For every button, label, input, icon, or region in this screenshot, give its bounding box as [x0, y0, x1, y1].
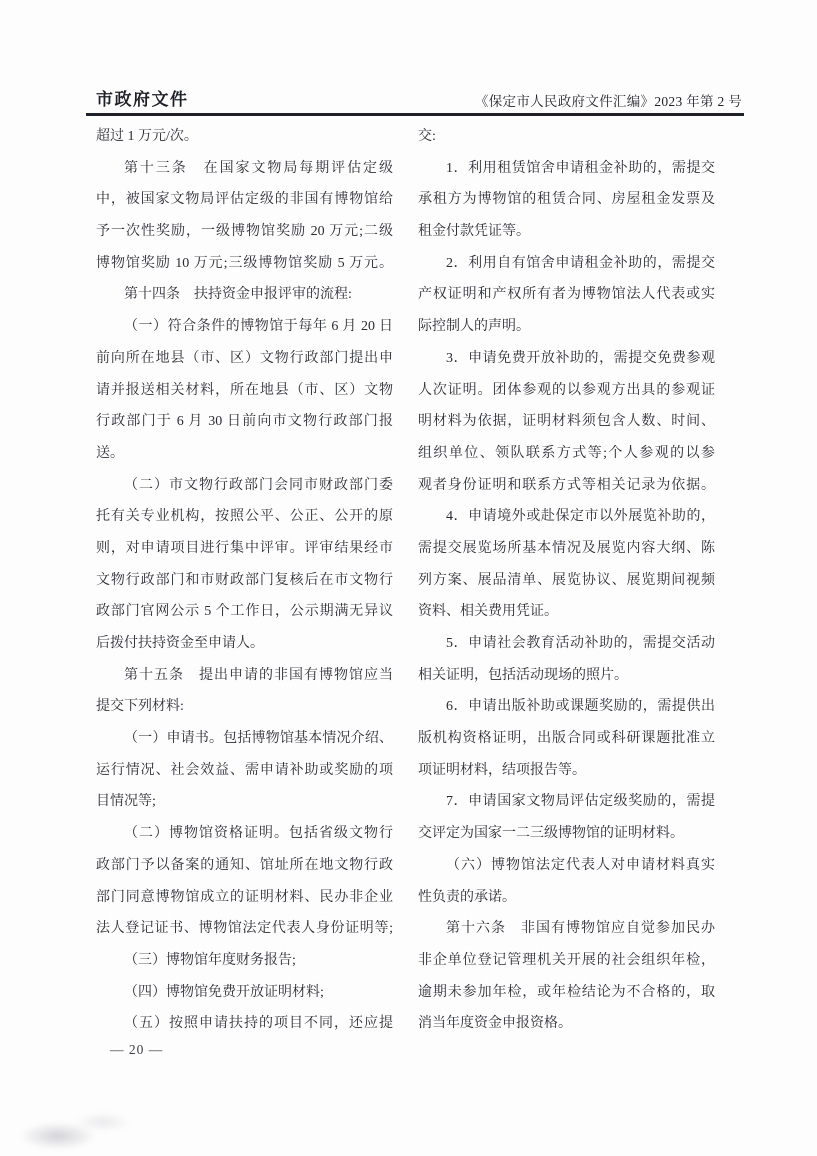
- text-line: 托有关专业机构，按照公平、公正、公开的原: [96, 501, 393, 533]
- page-number: — 20 —: [110, 1042, 163, 1058]
- text-line: 消当年度资金申报资格。: [418, 1008, 715, 1040]
- header-right-title: 《保定市人民政府文件汇编》2023 年第 2 号: [475, 90, 742, 110]
- text-line: 版机构资格证明，出版合同或科研课题批准立: [418, 723, 715, 755]
- text-line: 前向所在地县（市、区）文物行政部门提出申: [96, 343, 393, 375]
- text-line: （五）按照申请扶持的项目不同，还应提: [96, 1008, 393, 1040]
- text-line: 第十四条 扶持资金申报评审的流程:: [96, 279, 393, 311]
- text-line: （二）博物馆资格证明。包括省级文物行: [96, 818, 393, 850]
- text-line: 运行情况、社会效益、需申请补助或奖励的项: [96, 755, 393, 787]
- text-line: 法人登记证书、博物馆法定代表人身份证明等;: [96, 913, 393, 945]
- text-line: 行政部门于 6 月 30 日前向市文物行政部门报: [96, 406, 393, 438]
- text-line: 产权证明和产权所有者为博物馆法人代表或实: [418, 279, 715, 311]
- text-line: 第十五条 提出申请的非国有博物馆应当: [96, 660, 393, 692]
- text-line: 非企单位登记管理机关开展的社会组织年检，: [418, 945, 715, 977]
- text-line: 后拨付扶持资金至申请人。: [96, 628, 393, 660]
- text-line: 交评定为国家一二三级博物馆的证明材料。: [418, 818, 715, 850]
- text-line: （三）博物馆年度财务报告;: [96, 945, 393, 977]
- text-line: 性负责的承诺。: [418, 882, 715, 914]
- text-line: 则，对申请项目进行集中评审。评审结果经市: [96, 533, 393, 565]
- text-line: 2．利用自有馆舍申请租金补助的，需提交: [418, 248, 715, 280]
- text-line: 文物行政部门和市财政部门复核后在市文物行: [96, 565, 393, 597]
- text-line: 3．申请免费开放补助的，需提交免费参观: [418, 343, 715, 375]
- text-line: 6．申请出版补助或课题奖励的，需提供出: [418, 691, 715, 723]
- text-line: 7．申请国家文物局评估定级奖励的，需提: [418, 786, 715, 818]
- text-line: 1．利用租赁馆舍申请租金补助的，需提交: [418, 153, 715, 185]
- text-line: 相关证明，包括活动现场的照片。: [418, 660, 715, 692]
- text-line: 际控制人的声明。: [418, 311, 715, 343]
- right-column: 交:1．利用租赁馆舍申请租金补助的，需提交承租方为博物馆的租赁合同、房屋租金发票…: [418, 121, 715, 1040]
- text-line: （四）博物馆免费开放证明材料;: [96, 977, 393, 1009]
- text-line: 5．申请社会教育活动补助的，需提交活动: [418, 628, 715, 660]
- text-line: 博物馆奖励 10 万元;三级博物馆奖励 5 万元。: [96, 248, 393, 280]
- text-line: 组织单位、领队联系方式等;个人参观的以参: [418, 438, 715, 470]
- text-line: 第十三条 在国家文物局每期评估定级: [96, 153, 393, 185]
- text-line: 政部门予以备案的通知、馆址所在地文物行政: [96, 850, 393, 882]
- text-line: 4．申请境外或赴保定市以外展览补助的，: [418, 501, 715, 533]
- header-left-title: 市政府文件: [96, 85, 189, 110]
- text-line: 第十六条 非国有博物馆应自觉参加民办: [418, 913, 715, 945]
- text-line: 列方案、展品清单、展览协议、展览期间视频: [418, 565, 715, 597]
- header-rule: [86, 113, 744, 116]
- text-line: 承租方为博物馆的租赁合同、房屋租金发票及: [418, 184, 715, 216]
- text-line: 资料、相关费用凭证。: [418, 596, 715, 628]
- text-line: 政部门官网公示 5 个工作日，公示期满无异议: [96, 596, 393, 628]
- text-line: 需提交展览场所基本情况及展览内容大纲、陈: [418, 533, 715, 565]
- scan-smudge: [18, 1108, 138, 1156]
- text-line: 超过 1 万元/次。: [96, 121, 393, 153]
- text-line: 目情况等;: [96, 786, 393, 818]
- text-line: 人次证明。团体参观的以参观方出具的参观证: [418, 375, 715, 407]
- text-line: 明材料为依据，证明材料须包含人数、时间、: [418, 406, 715, 438]
- text-line: 逾期未参加年检，或年检结论为不合格的，取: [418, 977, 715, 1009]
- text-line: 交:: [418, 121, 715, 153]
- text-line: 租金付款凭证等。: [418, 216, 715, 248]
- text-line: （一）符合条件的博物馆于每年 6 月 20 日: [96, 311, 393, 343]
- document-page: 市政府文件 《保定市人民政府文件汇编》2023 年第 2 号 超过 1 万元/次…: [0, 0, 817, 1156]
- text-line: 部门同意博物馆成立的证明材料、民办非企业: [96, 882, 393, 914]
- text-line: （二）市文物行政部门会同市财政部门委: [96, 470, 393, 502]
- text-line: 予一次性奖励，一级博物馆奖励 20 万元;二级: [96, 216, 393, 248]
- text-line: 中，被国家文物局评估定级的非国有博物馆给: [96, 184, 393, 216]
- text-line: （一）申请书。包括博物馆基本情况介绍、: [96, 723, 393, 755]
- text-line: 送。: [96, 438, 393, 470]
- text-line: 提交下列材料:: [96, 691, 393, 723]
- page-header: 市政府文件 《保定市人民政府文件汇编》2023 年第 2 号: [96, 84, 742, 110]
- text-line: （六）博物馆法定代表人对申请材料真实: [418, 850, 715, 882]
- text-line: 观者身份证明和联系方式等相关记录为依据。: [418, 470, 715, 502]
- text-line: 请并报送相关材料，所在地县（市、区）文物: [96, 375, 393, 407]
- left-column: 超过 1 万元/次。第十三条 在国家文物局每期评估定级中，被国家文物局评估定级的…: [96, 121, 393, 1040]
- text-line: 项证明材料，结项报告等。: [418, 755, 715, 787]
